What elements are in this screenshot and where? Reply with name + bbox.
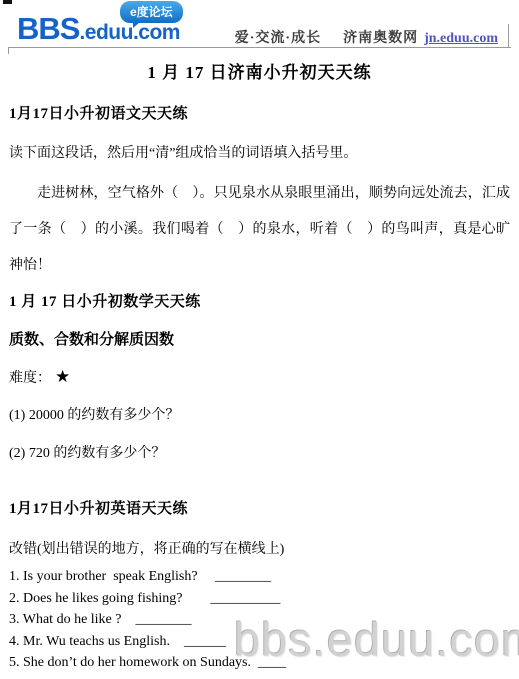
site-logo[interactable]: BBS.eduu✔.com e度论坛 [17,0,180,45]
rule-right-tick [508,24,509,47]
math-section-heading: 1 月 17 日小升初数学天天练 [9,292,510,312]
logo-bbs-text: BBS [17,13,79,45]
star-icon: ★ [55,367,70,386]
chinese-passage: 走进树林，空气格外（ ）。只见泉水从泉眼里涌出，顺势向远处流去，汇成了一条（ ）… [9,176,510,284]
logo-u-letter: u [121,21,133,44]
english-item-5: 5. She don’t do her homework on Sundays.… [9,652,510,674]
site-name: 济南奥数网 [343,31,418,46]
logo-domain-prefix: .edu [79,21,120,45]
logo-green-u: u✔ [121,21,133,45]
difficulty-row: 难度：★ [9,366,510,390]
forum-badge: e度论坛 [120,1,183,23]
english-instruction: 改错(划出错误的地方，将正确的写在横线上) [9,540,510,560]
english-item-3: 3. What do he like ? ________ [9,609,510,631]
english-item-2: 2. Does he likes going fishing? ________… [9,588,510,610]
header-tagline-group: 爱·交流·成长济南奥数网jn.eduu.com [235,27,498,47]
chinese-instruction: 读下面这段话，然后用“清”组成恰当的词语填入括号里。 [9,144,510,164]
english-section-heading: 1月17日小升初英语天天练 [9,499,510,519]
site-header: BBS.eduu✔.com e度论坛 爱·交流·成长济南奥数网jn.eduu.c… [8,0,511,48]
math-question-2: (2) 720 的约数有多少个？ [9,444,510,464]
math-question-1: (1) 20000 的约数有多少个？ [9,406,510,426]
english-item-1: 1. Is your brother speak English? ______… [9,566,510,588]
english-item-4: 4. Mr. Wu teachs us English. ______ [9,631,510,653]
document-body: 1 月 17 日济南小升初天天练 1月17日小升初语文天天练 读下面这段话，然后… [0,48,519,674]
difficulty-label: 难度： [9,371,51,386]
english-question-list: 1. Is your brother speak English? ______… [9,566,510,674]
math-topic: 质数、合数和分解质因数 [9,330,510,350]
page-title: 1 月 17 日济南小升初天天练 [9,61,510,85]
tagline-text: 爱·交流·成长 [235,31,321,46]
logo-domain-suffix: .com [133,21,180,45]
site-link[interactable]: jn.eduu.com [424,31,498,46]
chinese-section-heading: 1月17日小升初语文天天练 [9,104,510,124]
document-page: BBS.eduu✔.com e度论坛 爱·交流·成长济南奥数网jn.eduu.c… [0,0,519,679]
